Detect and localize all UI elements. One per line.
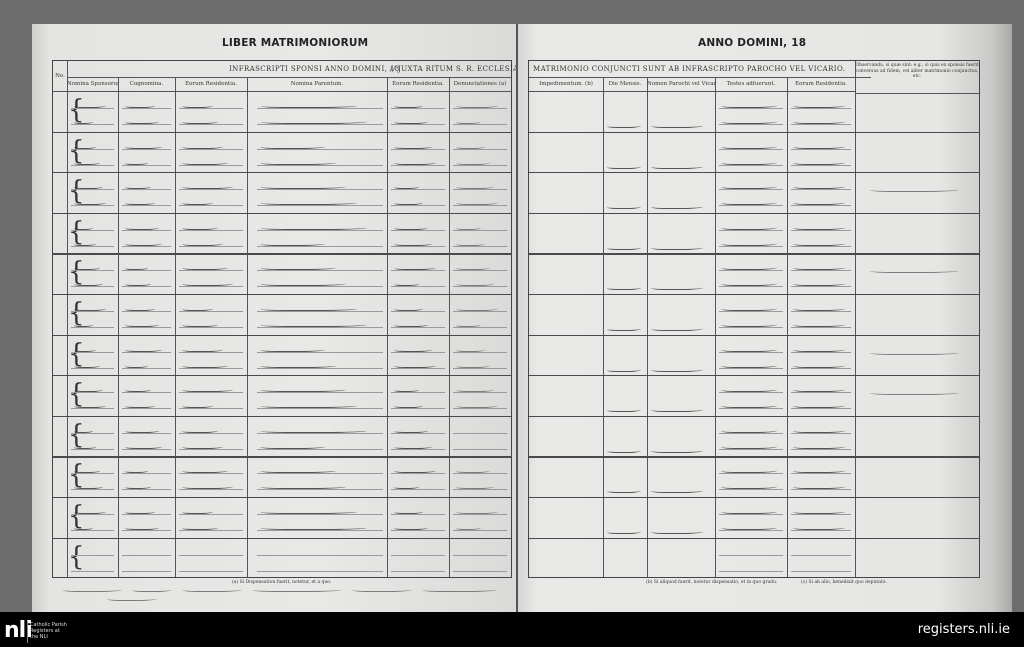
handwritten-entry: [456, 199, 498, 205]
handwritten-entry: [394, 305, 423, 311]
col-header-nomen-parochi: Nomen Parochi vel Vicarii (c): [647, 77, 715, 92]
col-header-eorum-residentia: Eorum Residentia.: [787, 77, 855, 92]
handwritten-priest: [651, 325, 703, 331]
handwritten-entry: [394, 224, 428, 230]
footnote-c: (c) Si ab alio, benedixit quo deputato.: [801, 580, 887, 585]
handwritten-entry: [394, 402, 423, 408]
handwritten-entry: [260, 443, 325, 449]
viewer-footer: nli Catholic Parish Registers at the NLI…: [0, 612, 1024, 647]
handwritten-entry: [74, 443, 96, 449]
col-header-die-mensis: Die Mensis.: [603, 77, 647, 92]
handwritten-entry: [182, 224, 218, 230]
handwritten-entry: [394, 321, 428, 327]
handwritten-date: [607, 447, 641, 453]
handwritten-entry: [456, 346, 485, 352]
handwritten-priest: [651, 366, 703, 372]
handwritten-witness: [793, 102, 845, 108]
handwritten-entry: [74, 362, 100, 368]
handwritten-entry: [182, 508, 213, 514]
col-header-parents-residentia: Eorum Residentia.: [387, 77, 449, 92]
handwritten-entry: [260, 508, 357, 514]
handwritten-entry: [456, 467, 490, 473]
handwritten-entry: [74, 118, 93, 124]
handwritten-entry: [260, 427, 367, 433]
handwritten-entry: [456, 118, 481, 124]
handwritten-entry: [394, 467, 436, 473]
handwritten-date: [607, 163, 641, 169]
handwritten-witness: [793, 427, 845, 433]
handwritten-entry: [125, 264, 148, 270]
handwritten-entry: [394, 362, 436, 368]
handwritten-entry: [74, 346, 96, 352]
handwritten-entry: [182, 443, 223, 449]
handwritten-entry: [74, 183, 103, 189]
handwritten-date: [607, 366, 641, 372]
handwritten-witness: [793, 346, 845, 352]
right-header-band: MATRIMONIO CONJUNCTI SUNT AB INFRASCRIPT…: [529, 61, 871, 78]
handwritten-observation: [869, 267, 959, 273]
handwritten-entry: [182, 427, 218, 433]
handwritten-date: [607, 406, 641, 412]
handwritten-witness: [793, 143, 845, 149]
handwritten-witness: [721, 118, 777, 124]
handwritten-witness: [721, 524, 777, 530]
handwritten-entry: [260, 305, 357, 311]
logo-caption: Catholic Parish Registers at the NLI: [30, 622, 80, 640]
handwritten-entry: [260, 524, 367, 530]
handwritten-witness: [721, 321, 777, 327]
handwritten-entry: [456, 524, 481, 530]
handwritten-entry: [456, 305, 498, 311]
handwritten-entry: [456, 264, 490, 270]
handwritten-entry: [456, 143, 485, 149]
handwritten-priest: [651, 406, 703, 412]
handwritten-witness: [721, 305, 777, 311]
handwritten-date: [607, 122, 641, 128]
handwritten-entry: [260, 264, 336, 270]
handwritten-entry: [74, 483, 103, 489]
handwritten-entry: [125, 467, 148, 473]
handwritten-observation: [869, 389, 959, 395]
handwritten-priest: [651, 447, 703, 453]
left-header-band: INFRASCRIPTI SPONSI ANNO DOMINI, 18 // J…: [53, 61, 511, 78]
handwritten-entry: [125, 183, 151, 189]
handwritten-witness: [793, 402, 845, 408]
handwritten-priest: [651, 528, 703, 534]
col-header-testes: Testes adfuerunt.: [715, 77, 787, 92]
handwritten-entry: [456, 280, 494, 286]
col-header-cognomina: Cognomina.: [118, 77, 175, 92]
handwritten-entry: [125, 240, 162, 246]
handwritten-entry: [394, 118, 428, 124]
handwritten-witness: [721, 508, 777, 514]
handwritten-witness: [721, 183, 777, 189]
handwritten-witness: [793, 240, 845, 246]
col-header-eorum-residentia: Eorum Residentia.: [175, 77, 247, 92]
band-header-1: INFRASCRIPTI SPONSI ANNO DOMINI, 18: [229, 65, 400, 73]
handwritten-entry: [260, 240, 325, 246]
handwritten-witness: [793, 524, 845, 530]
brace-glyph: {: [68, 544, 85, 570]
handwritten-witness: [721, 346, 777, 352]
handwritten-witness: [793, 199, 845, 205]
handwritten-entry: [125, 402, 155, 408]
handwritten-entry: [394, 159, 436, 165]
handwritten-entry: [125, 443, 162, 449]
handwritten-entry: [182, 118, 218, 124]
handwritten-witness: [793, 508, 845, 514]
handwritten-entry: [182, 102, 213, 108]
handwritten-priest: [651, 163, 703, 169]
handwritten-entry: [74, 386, 103, 392]
handwritten-entry: [456, 102, 498, 108]
handwritten-entry: [74, 264, 100, 270]
right-page: ANNO DOMINI, 18 MATRIMONIO CONJUNCTI SUN…: [518, 24, 1012, 612]
handwritten-entry: [260, 346, 325, 352]
handwritten-priest: [651, 244, 703, 250]
handwritten-entry: [182, 402, 213, 408]
handwritten-observation: [869, 186, 959, 192]
left-register-table: INFRASCRIPTI SPONSI ANNO DOMINI, 18 // J…: [52, 60, 512, 578]
handwritten-witness: [721, 402, 777, 408]
handwritten-entry: [456, 183, 494, 189]
handwritten-entry: [125, 362, 148, 368]
handwritten-entry: [182, 183, 233, 189]
handwritten-witness: [793, 321, 845, 327]
handwritten-witness: [721, 386, 777, 392]
handwritten-entry: [394, 264, 436, 270]
handwritten-entry: [394, 102, 423, 108]
handwritten-witness: [721, 427, 777, 433]
handwritten-witness: [721, 240, 777, 246]
handwritten-entry: [456, 240, 485, 246]
handwritten-entry: [182, 199, 213, 205]
handwritten-entry: [125, 305, 155, 311]
marginal-note: [62, 580, 502, 602]
right-register-table: MATRIMONIO CONJUNCTI SUNT AB INFRASCRIPT…: [528, 60, 980, 578]
handwritten-witness: [793, 224, 845, 230]
handwritten-entry: [74, 508, 106, 514]
handwritten-entry: [394, 240, 432, 246]
handwritten-witness: [721, 443, 777, 449]
handwritten-entry: [125, 386, 151, 392]
handwritten-entry: [456, 402, 498, 408]
col-header-observanda: Observanda, si quæ sint: e.g., si quis e…: [855, 61, 979, 94]
handwritten-entry: [74, 102, 106, 108]
handwritten-priest: [651, 122, 703, 128]
handwritten-entry: [456, 483, 494, 489]
handwritten-entry: [394, 427, 428, 433]
handwritten-entry: [74, 224, 93, 230]
handwritten-entry: [260, 118, 367, 124]
site-link[interactable]: registers.nli.ie: [918, 622, 1010, 637]
handwritten-entry: [182, 159, 228, 165]
handwritten-entry: [394, 199, 423, 205]
handwritten-entry: [125, 346, 162, 352]
handwritten-entry: [394, 508, 423, 514]
col-header-no: No.: [53, 61, 68, 92]
handwritten-date: [607, 487, 641, 493]
handwritten-entry: [260, 402, 357, 408]
handwritten-witness: [721, 143, 777, 149]
handwritten-entry: [260, 199, 357, 205]
handwritten-entry: [74, 427, 93, 433]
left-page: LIBER MATRIMONIORUM INFRASCRIPTI SPONSI …: [32, 24, 518, 612]
handwritten-entry: [394, 143, 432, 149]
handwritten-witness: [721, 159, 777, 165]
handwritten-entry: [74, 467, 100, 473]
handwritten-entry: [260, 183, 346, 189]
handwritten-witness: [793, 386, 845, 392]
footnote-b: (b) Si aliquod fuerit, notetur dispensat…: [646, 580, 777, 585]
handwritten-entry: [125, 427, 159, 433]
handwritten-entry: [74, 159, 100, 165]
handwritten-entry: [182, 346, 223, 352]
handwritten-entry: [394, 524, 428, 530]
handwritten-entry: [456, 362, 490, 368]
handwritten-priest: [651, 203, 703, 209]
col-header-denunciationes: Denunciationes (a): [449, 77, 511, 92]
handwritten-entry: [182, 143, 223, 149]
logo-divider: [27, 621, 28, 643]
handwritten-entry: [74, 402, 106, 408]
handwritten-entry: [260, 224, 367, 230]
band-header: MATRIMONIO CONJUNCTI SUNT AB INFRASCRIPT…: [533, 65, 845, 73]
handwritten-witness: [793, 305, 845, 311]
handwritten-entry: [182, 321, 218, 327]
left-page-title: LIBER MATRIMONIORUM: [222, 37, 368, 49]
handwritten-entry: [456, 224, 481, 230]
image-viewer[interactable]: LIBER MATRIMONIORUM INFRASCRIPTI SPONSI …: [0, 0, 1024, 612]
handwritten-entry: [182, 386, 233, 392]
band-header-2: JUXTA RITUM S. R. ECCLESIÆ: [398, 65, 521, 73]
handwritten-entry: [125, 524, 159, 530]
handwritten-entry: [456, 386, 494, 392]
handwritten-date: [607, 325, 641, 331]
handwritten-entry: [182, 240, 223, 246]
handwritten-entry: [125, 143, 162, 149]
handwritten-witness: [721, 362, 777, 368]
handwritten-witness: [793, 362, 845, 368]
handwritten-date: [607, 528, 641, 534]
handwritten-entry: [74, 143, 96, 149]
right-page-title: ANNO DOMINI, 18: [698, 37, 806, 49]
handwritten-entry: [260, 467, 336, 473]
handwritten-entry: [260, 143, 325, 149]
col-header-nomina-parentum: Nomina Parentum.: [247, 77, 387, 92]
handwritten-witness: [721, 199, 777, 205]
handwritten-date: [607, 203, 641, 209]
handwritten-entry: [456, 508, 498, 514]
handwritten-entry: [260, 159, 336, 165]
handwritten-entry: [125, 321, 159, 327]
col-header-impedimentum: Impedimentum. (b): [529, 77, 603, 92]
handwritten-entry: [74, 199, 106, 205]
handwritten-entry: [260, 362, 336, 368]
handwritten-witness: [793, 159, 845, 165]
handwritten-entry: [260, 102, 357, 108]
handwritten-observation: [869, 349, 959, 355]
handwritten-entry: [74, 524, 93, 530]
handwritten-entry: [456, 159, 490, 165]
handwritten-entry: [74, 305, 106, 311]
handwritten-witness: [793, 118, 845, 124]
handwritten-date: [607, 244, 641, 250]
handwritten-entry: [74, 240, 96, 246]
handwritten-entry: [125, 508, 155, 514]
handwritten-entry: [182, 524, 218, 530]
handwritten-entry: [182, 362, 228, 368]
band-year: //: [390, 65, 396, 73]
handwritten-entry: [394, 183, 419, 189]
handwritten-entry: [260, 321, 367, 327]
handwritten-entry: [182, 305, 213, 311]
handwritten-date: [607, 284, 641, 290]
handwritten-witness: [793, 443, 845, 449]
handwritten-witness: [721, 224, 777, 230]
handwritten-entry: [125, 118, 159, 124]
col-header-nomina-sponsorum: Nomina Sponsorum.: [67, 77, 118, 92]
handwritten-priest: [651, 487, 703, 493]
handwritten-entry: [125, 199, 155, 205]
handwritten-witness: [721, 102, 777, 108]
handwritten-witness: [793, 183, 845, 189]
handwritten-entry: [394, 386, 419, 392]
handwritten-entry: [394, 346, 432, 352]
handwritten-entry: [125, 159, 148, 165]
handwritten-entry: [125, 102, 155, 108]
handwritten-priest: [651, 284, 703, 290]
handwritten-entry: [260, 386, 346, 392]
handwritten-entry: [125, 224, 159, 230]
handwritten-entry: [456, 321, 481, 327]
register-scan: LIBER MATRIMONIORUM INFRASCRIPTI SPONSI …: [32, 24, 1012, 612]
handwritten-entry: [74, 321, 93, 327]
handwritten-entry: [74, 280, 103, 286]
handwritten-entry: [394, 443, 432, 449]
